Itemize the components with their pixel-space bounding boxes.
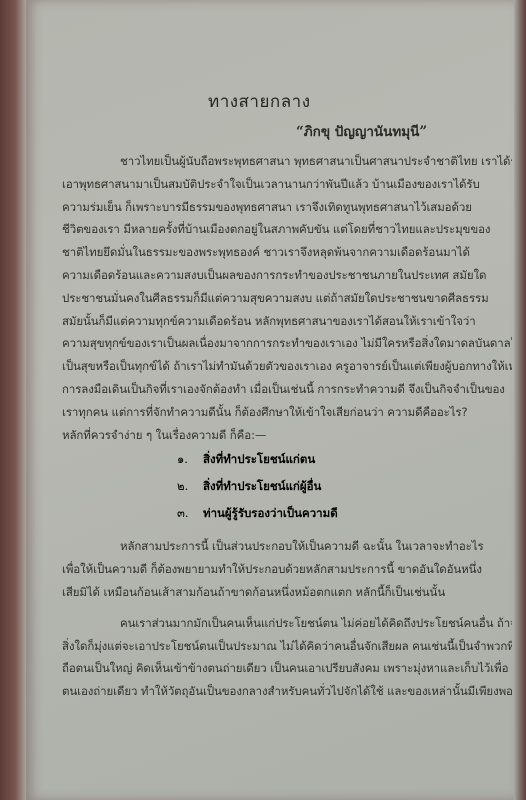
- text-line: ตนเองถ่ายเดียว ทำให้วัตถุอันเป็นของกลางส…: [62, 680, 512, 703]
- book-page: ทางสายกลาง “ภิกขุ ปัญญานันทมุนี” ชาวไทยเ…: [26, 0, 514, 800]
- text-line: ชาวไทยเป็นผู้นับถือพระพุทธศาสนา พุทธศาสน…: [62, 150, 512, 173]
- page-right-edge: [514, 0, 526, 800]
- page-body: ชาวไทยเป็นผู้นับถือพระพุทธศาสนา พุทธศาสน…: [62, 150, 512, 703]
- text-line: หลักที่ควรจำง่าย ๆ ในเรื่องความดี ก็คือ:…: [62, 424, 512, 447]
- text-line: หลักสามประการนี้ เป็นส่วนประกอบให้เป็นคว…: [62, 535, 512, 558]
- list-item: ๓. ท่านผู้รู้รับรองว่าเป็นความดี: [62, 500, 512, 527]
- text-line: สมัยนั้นก็มีแต่ความทุกข์ความเดือดร้อน หล…: [62, 310, 512, 333]
- text-line: ถือตนเป็นใหญ่ คิดเห็นเข้าข้างตนถ่ายเดียว…: [62, 657, 512, 680]
- list-item: ๒. สิ่งที่ทำประโยชน์แก่ผู้อื่น: [62, 473, 512, 500]
- book-spine-shadow: [0, 0, 28, 800]
- list-number: ๒.: [177, 473, 199, 500]
- text-line: ความเดือดร้อนและความสงบเป็นผลของการกระทำ…: [62, 264, 512, 287]
- text-line: คนเราส่วนมากมักเป็นคนเห็นแก่ประโยชน์ตน ไ…: [62, 612, 512, 635]
- text-line: เอาพุทธศาสนามาเป็นสมบัติประจำใจเป็นเวลาน…: [62, 173, 512, 196]
- text-line: เราทุกคน แต่การที่จักทำความดีนั้น ก็ต้อง…: [62, 401, 512, 424]
- list-number: ๑.: [177, 446, 199, 473]
- text-line: ชีวิตของเรา มีหลายครั้งที่บ้านเมืองตกอยู…: [62, 218, 512, 241]
- text-line: ความร่มเย็น ก็เพราะบารมีธรรมของพุทธศาสนา…: [62, 196, 512, 219]
- text-line: เป็นสุขหรือเป็นทุกข์ได้ ถ้าเราไม่ทำมันด้…: [62, 355, 512, 378]
- text-line: ความสุขทุกข์ของเราเป็นผลเนื่องมาจากการกร…: [62, 332, 512, 355]
- list-number: ๓.: [177, 500, 199, 527]
- list-item: ๑. สิ่งที่ทำประโยชน์แก่ตน: [62, 446, 512, 473]
- list-text: สิ่งที่ทำประโยชน์แก่ผู้อื่น: [203, 479, 321, 493]
- list-text: สิ่งที่ทำประโยชน์แก่ตน: [203, 452, 315, 466]
- text-line: สิ่งใดก็มุ่งแต่จะเอาประโยชน์ตนเป็นประมาณ…: [62, 635, 512, 658]
- text-line: เสียมิได้ เหมือนก้อนเส้าสามก้อนถ้าขาดก้อ…: [62, 581, 512, 604]
- chapter-title: ทางสายกลาง: [208, 88, 311, 115]
- author-name: “ภิกขุ ปัญญานันทมุนี”: [296, 120, 427, 142]
- text-line: เพื่อให้เป็นความดี ก็ต้องพยายามทำให้ประก…: [62, 558, 512, 581]
- list-text: ท่านผู้รู้รับรองว่าเป็นความดี: [203, 506, 338, 520]
- text-line: ชาติไทยยึดมั่นในธรรมะของพระพุทธองค์ ชาวเ…: [62, 241, 512, 264]
- text-line: การลงมือเดินเป็นกิจที่เราเองจักต้องทำ เม…: [62, 378, 512, 401]
- text-line: ประชาชนมั่นคงในศีลธรรมก็มีแต่ความสุขความ…: [62, 287, 512, 310]
